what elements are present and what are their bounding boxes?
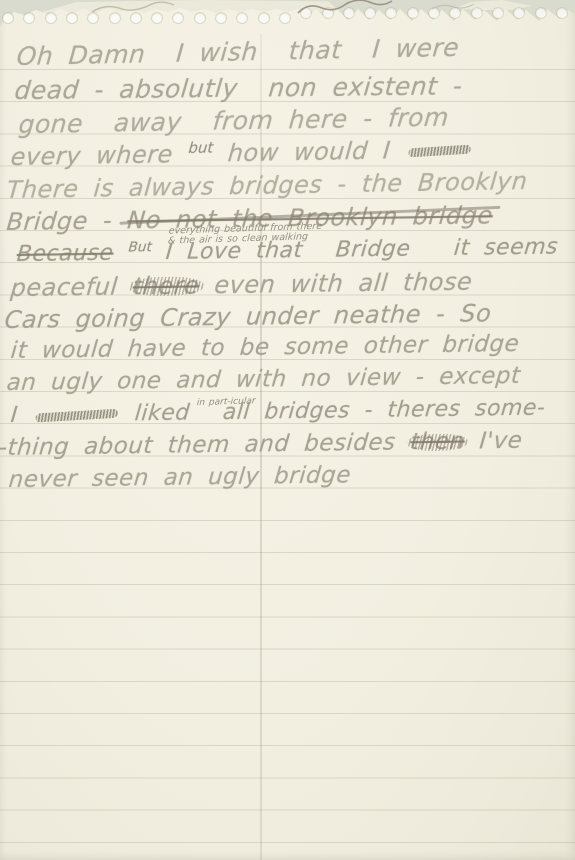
handwriting-segment: dead - absolutly non existent - [13,71,464,105]
handwriting-segment: how would I [227,136,392,167]
handwriting-segment: every where [10,140,175,171]
handwriting-segment: but [188,138,214,156]
handwriting-segment: I've [478,428,523,455]
handwriting-segment: peaceful [9,273,119,303]
handwriting-line-1: Oh Damn I wish that I were [16,33,461,71]
handwriting-line-14: never seen an ugly bridge [8,462,353,493]
handwriting-line-2: dead - absolutly non existent - [13,71,464,105]
handwriting-segment: Bridge - [5,207,113,237]
handwriting-segment: there [132,271,201,300]
handwriting-segment: liked [134,401,191,427]
scanned-notebook-page: Oh Damn I wish that I weredead - absolut… [0,0,575,860]
handwriting-segment: Oh Damn I wish that I were [16,33,461,71]
handwriting-segment: I [10,403,19,428]
handwriting-segment: Because [16,241,115,267]
handwriting-segment: But [128,239,153,255]
pencil-marks-top-edge [0,0,575,30]
handwriting-segment: even with all those [213,268,473,300]
scribbled-out-word [35,408,118,422]
scribbled-out-word [408,144,471,157]
handwriting-segment: Bridge it seems [335,234,560,262]
handwriting-segment: never seen an ugly bridge [8,462,353,493]
handwriting-segment: then [409,428,466,455]
notebook-paper: Oh Damn I wish that I weredead - absolut… [0,0,575,860]
